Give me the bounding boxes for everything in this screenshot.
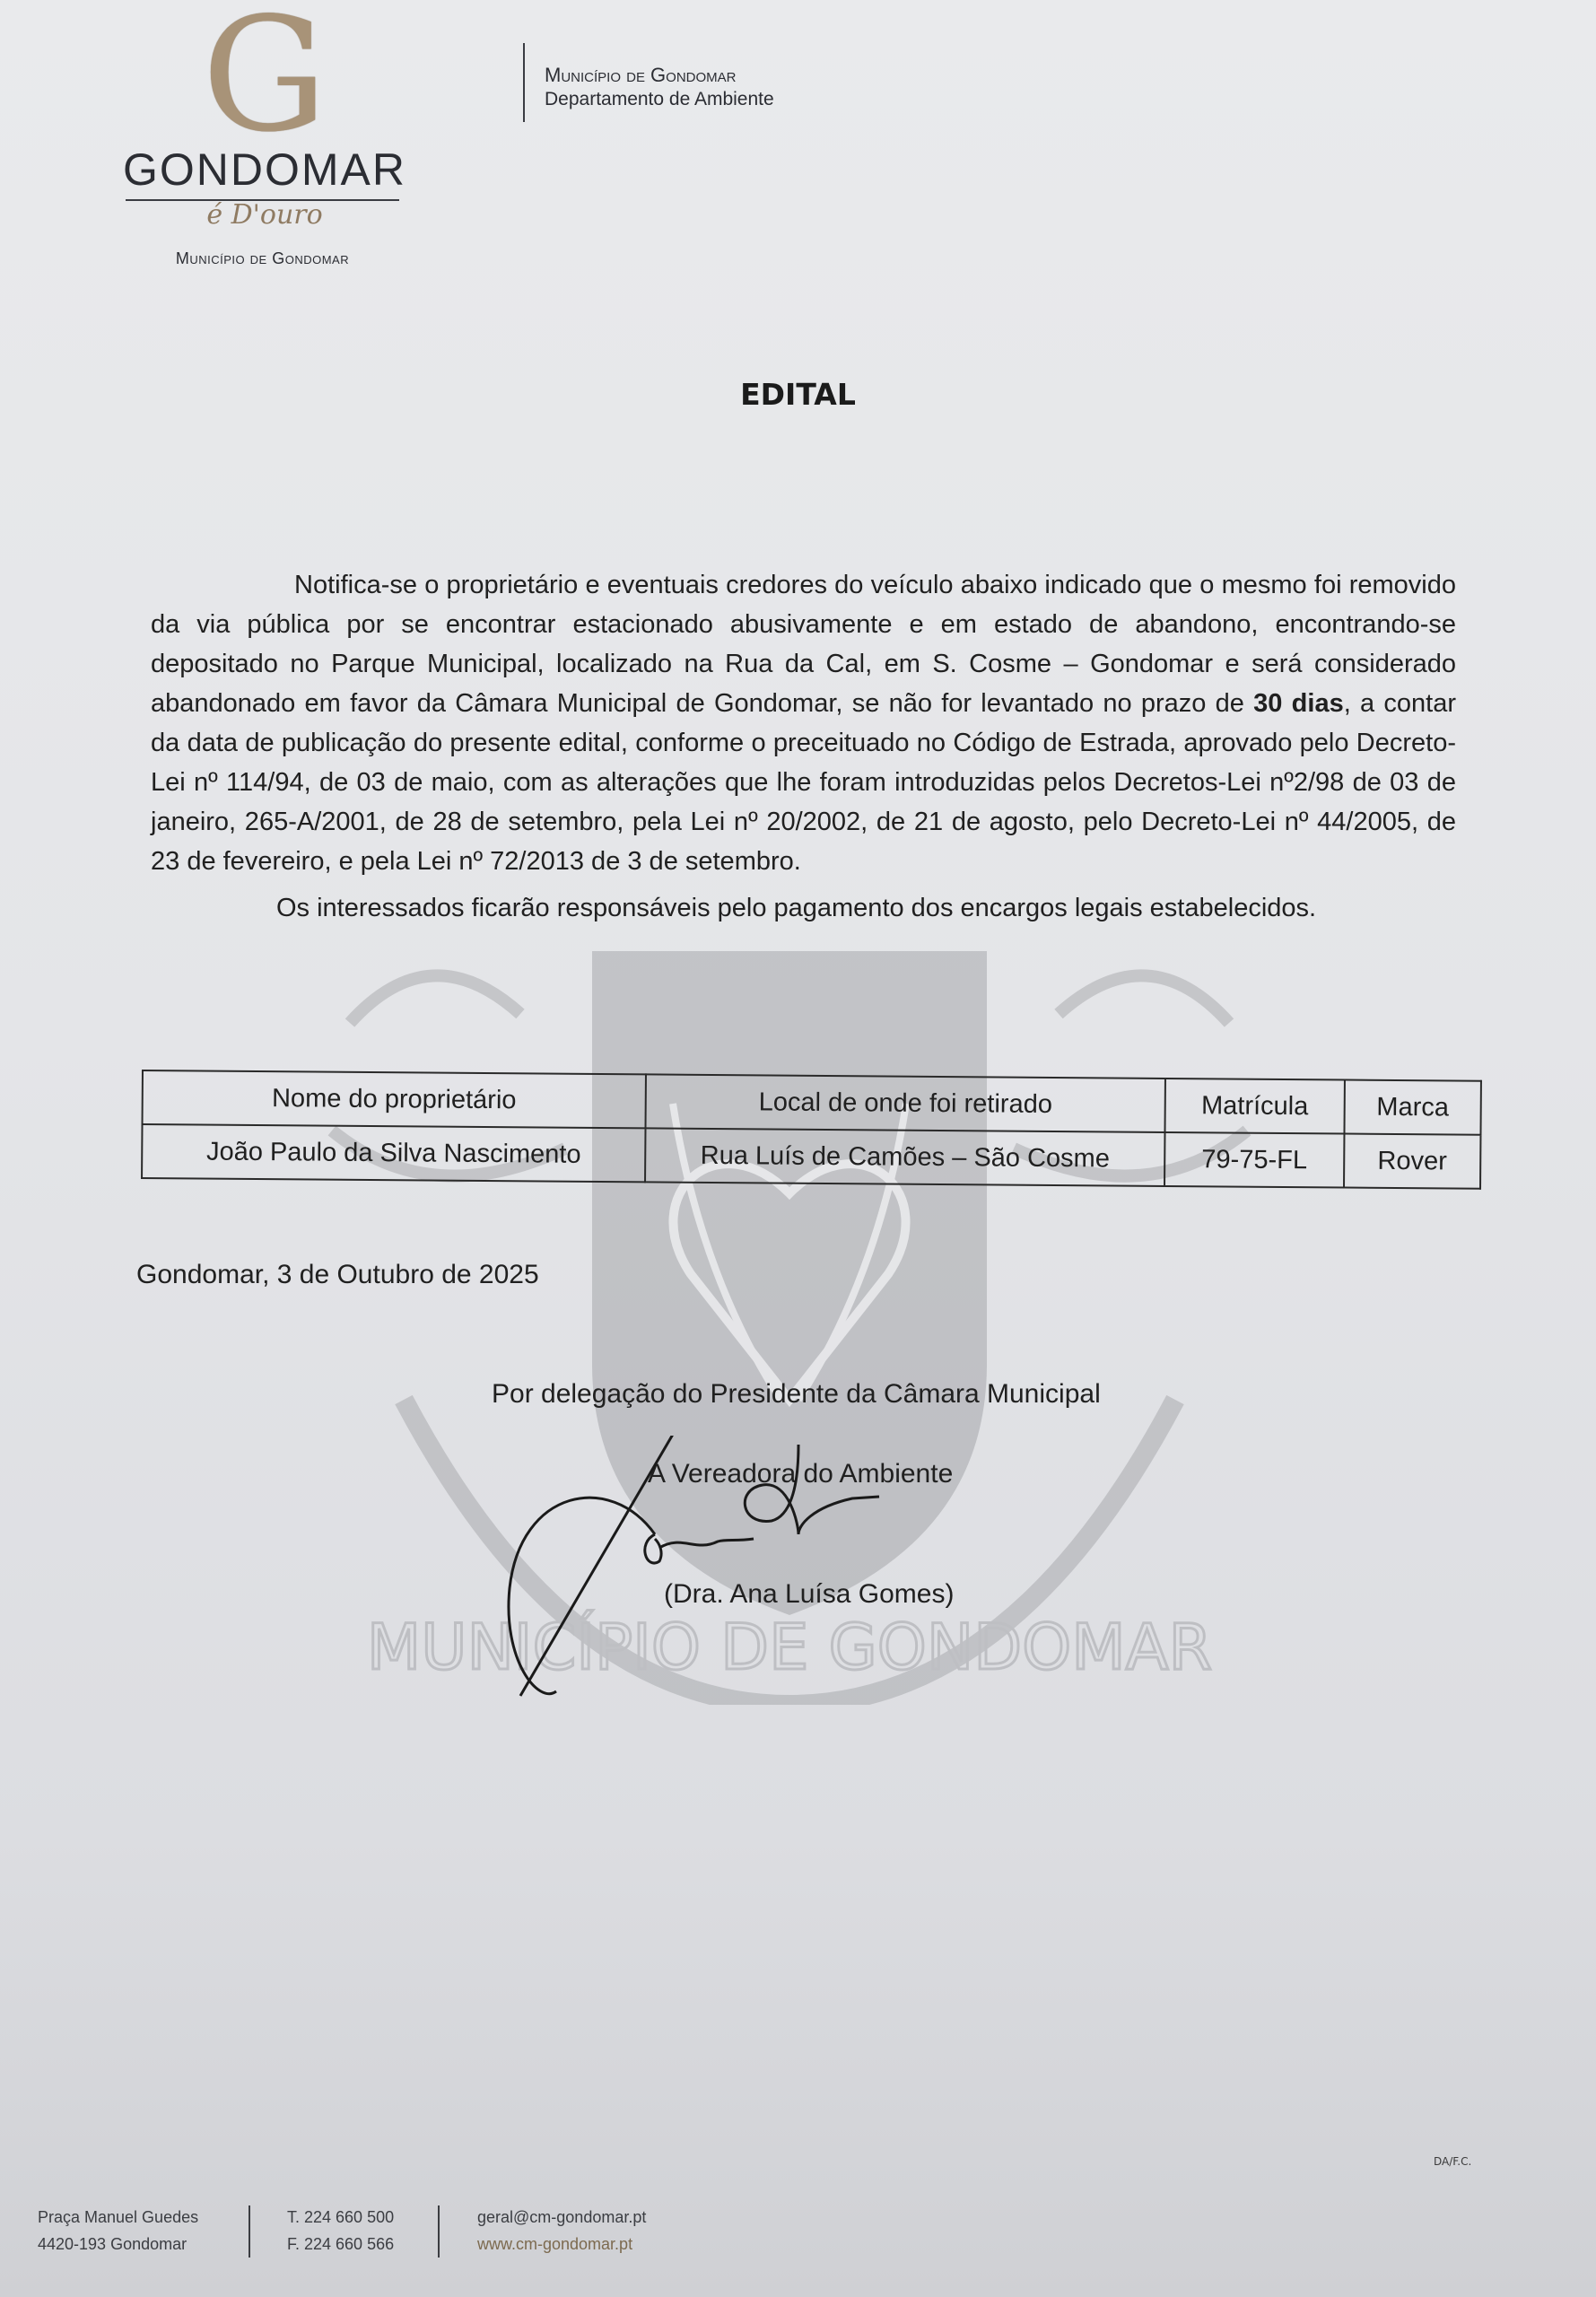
cell-plate: 79-75-FL [1164,1132,1344,1188]
svg-text:MUNICÍPIO DE GONDOMAR: MUNICÍPIO DE GONDOMAR [367,1611,1212,1684]
footer-divider [249,2205,250,2258]
notice-paragraph-1: Notifica-se o proprietário e eventuais c… [151,565,1456,881]
footer-phones: T. 224 660 500 F. 224 660 566 [287,2204,394,2258]
logo-slogan: é D'ouro [193,199,336,231]
col-owner-name: Nome do proprietário [143,1070,647,1128]
footer-divider [438,2205,440,2258]
col-plate: Matrícula [1165,1079,1345,1134]
signer-name: (Dra. Ana Luísa Gomes) [664,1579,954,1610]
delegation-line: Por delegação do Presidente da Câmara Mu… [492,1379,1101,1410]
footer-email-link[interactable]: geral@cm-gondomar.pt [477,2204,646,2231]
cell-owner-name: João Paulo da Silva Nascimento [142,1124,646,1182]
notice-paragraph-2: Os interessados ficarão responsáveis pel… [151,888,1456,928]
col-brand: Marca [1344,1080,1481,1135]
signer-role: A Vereadora do Ambiente [648,1459,953,1489]
header-org-name: Município de Gondomar [545,63,774,87]
footer-contacts: geral@cm-gondomar.pt www.cm-gondomar.pt [477,2204,646,2258]
document-title: EDITAL [0,377,1596,412]
cell-removal-location: Rua Luís de Camões – São Cosme [645,1128,1164,1186]
header-department-block: Município de Gondomar Departamento de Am… [545,63,774,111]
col-removal-location: Local de onde foi retirado [646,1074,1165,1132]
municipality-logo-name: GONDOMAR [121,144,408,196]
footer-fax: F. 224 660 566 [287,2231,394,2258]
logo-subtitle: Município de Gondomar [126,249,399,268]
table-row: João Paulo da Silva Nascimento Rua Luís … [142,1124,1480,1189]
footer-phone: T. 224 660 500 [287,2204,394,2231]
footer-website-link[interactable]: www.cm-gondomar.pt [477,2231,646,2258]
header-department: Departamento de Ambiente [545,87,774,111]
cell-brand: Rover [1344,1134,1481,1189]
deadline-emphasis: 30 dias [1253,689,1344,718]
header-divider [523,43,525,122]
notice-body: Notifica-se o proprietário e eventuais c… [151,565,1456,928]
date-line: Gondomar, 3 de Outubro de 2025 [136,1260,539,1290]
footer-address: Praça Manuel Guedes 4420-193 Gondomar [38,2204,198,2258]
vehicle-table: Nome do proprietário Local de onde foi r… [141,1070,1482,1190]
document-reference: DA/F.C. [1434,2155,1471,2168]
municipality-logo-letter: G [193,9,336,144]
